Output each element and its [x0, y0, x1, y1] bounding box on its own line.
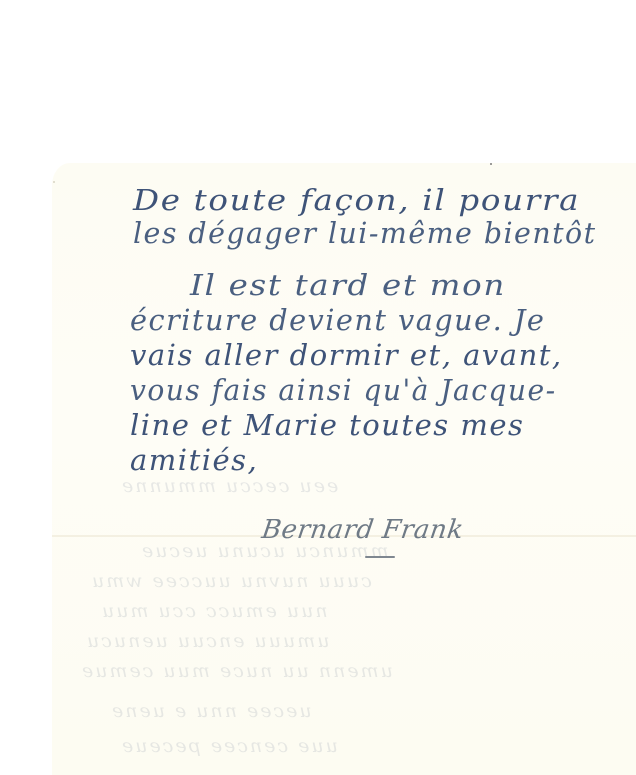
- letter-line-7: line et Marie toutes mes: [130, 408, 524, 442]
- letter-line-2: les dégager lui-même bientôt: [133, 216, 596, 250]
- ink-speck: [53, 181, 55, 183]
- letter-line-1: De toute façon, il pourra: [133, 183, 580, 217]
- ink-speck: [490, 163, 492, 165]
- letter-line-8: amitiés,: [130, 443, 258, 477]
- letter-line-6: vous fais ainsi qu'à Jacque-: [130, 373, 557, 407]
- letter-line-3: Il est tard et mon: [190, 268, 506, 302]
- letter-line-5: vais aller dormir et, avant,: [130, 338, 563, 372]
- signature-underline: [365, 556, 395, 558]
- signature: Bernard Frank: [260, 515, 466, 545]
- letter-line-4: écriture devient vague. Je: [130, 303, 545, 337]
